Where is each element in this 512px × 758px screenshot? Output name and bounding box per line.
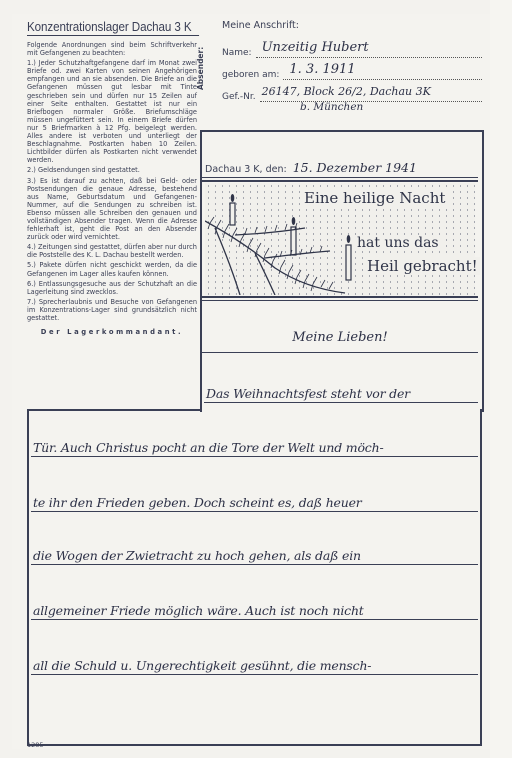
illustration-text-line-2: hat uns das bbox=[355, 235, 441, 251]
rule-item: 7.) Sprecherlaubnis und Besuche von Gefa… bbox=[27, 298, 197, 322]
letter-line: all die Schuld u. Ungerechtigkeit gesühn… bbox=[31, 658, 478, 675]
letter-frame-lower bbox=[27, 409, 482, 746]
rule-item: 2.) Geldsendungen sind gestattet. bbox=[27, 166, 197, 174]
divider bbox=[202, 300, 478, 301]
paper-margin bbox=[490, 0, 512, 758]
commandant-signature: Der Lagerkommandant. bbox=[27, 328, 197, 336]
illustration-text-line-3: Heil gebracht! bbox=[365, 257, 480, 275]
address-heading: Meine Anschrift: bbox=[222, 20, 482, 31]
rule-item: 4.) Zeitungen sind gestattet, dürfen abe… bbox=[27, 243, 197, 259]
prisoner-number-label: Gef.-Nr. bbox=[222, 92, 256, 102]
christmas-illustration: Eine heilige Nacht hat uns das Heil gebr… bbox=[205, 183, 475, 295]
name-field: Name: Unzeitig Hubert bbox=[222, 40, 482, 58]
date-value: 15. Dezember 1941 bbox=[293, 160, 417, 175]
date-line: Dachau 3 K, den: 15. Dezember 1941 bbox=[205, 160, 475, 175]
birthdate-label: geboren am: bbox=[222, 70, 279, 80]
letter-line: Das Weihnachtsfest steht vor der bbox=[204, 386, 478, 403]
rule-item: 6.) Entlassungsgesuche aus der Schutzhaf… bbox=[27, 280, 197, 296]
divider bbox=[202, 352, 478, 353]
name-value: Unzeitig Hubert bbox=[256, 41, 482, 58]
divider bbox=[202, 180, 478, 182]
rule-item: 5.) Pakete dürfen nicht geschickt werden… bbox=[27, 261, 197, 277]
letter-line: allgemeiner Friede möglich wäre. Auch is… bbox=[31, 603, 478, 620]
birthdate-field: geboren am: 1. 3. 1911 bbox=[222, 62, 482, 80]
sender-address-block: Meine Anschrift: Name: Unzeitig Hubert g… bbox=[222, 20, 482, 106]
rule-item: 3.) Es ist darauf zu achten, daß bei Gel… bbox=[27, 177, 197, 242]
name-label: Name: bbox=[222, 48, 252, 58]
prisoner-number-field: Gef.-Nr. 26147, Block 26/2, Dachau 3K b.… bbox=[222, 84, 482, 102]
form-number: 1285 bbox=[27, 741, 44, 749]
rules-intro: Folgende Anordnungen sind beim Schriftve… bbox=[27, 41, 197, 57]
divider bbox=[202, 296, 478, 298]
sender-side-label: Absender: bbox=[196, 47, 205, 90]
letter-greeting: Meine Lieben! bbox=[202, 330, 478, 345]
letter-line: die Wogen der Zwietracht zu hoch gehen, … bbox=[31, 548, 478, 565]
prisoner-address-continuation: b. München bbox=[300, 101, 363, 113]
illustration-text-line-1: Eine heilige Nacht bbox=[302, 189, 447, 207]
letter-line: te ihr den Frieden geben. Doch scheint e… bbox=[31, 495, 478, 512]
birthdate-value: 1. 3. 1911 bbox=[283, 63, 482, 80]
date-label: Dachau 3 K, den: bbox=[205, 164, 287, 175]
prisoner-number-value: 26147, Block 26/2, Dachau 3K bbox=[260, 85, 482, 102]
rule-item: 1.) Jeder Schutzhaftgefangene darf im Mo… bbox=[27, 59, 197, 164]
divider bbox=[202, 177, 478, 178]
camp-title: Konzentrationslager Dachau 3 K bbox=[27, 20, 199, 36]
regulations-panel: Konzentrationslager Dachau 3 K Folgende … bbox=[27, 20, 197, 336]
letter-line: Tür. Auch Christus pocht an die Tore der… bbox=[31, 440, 478, 457]
